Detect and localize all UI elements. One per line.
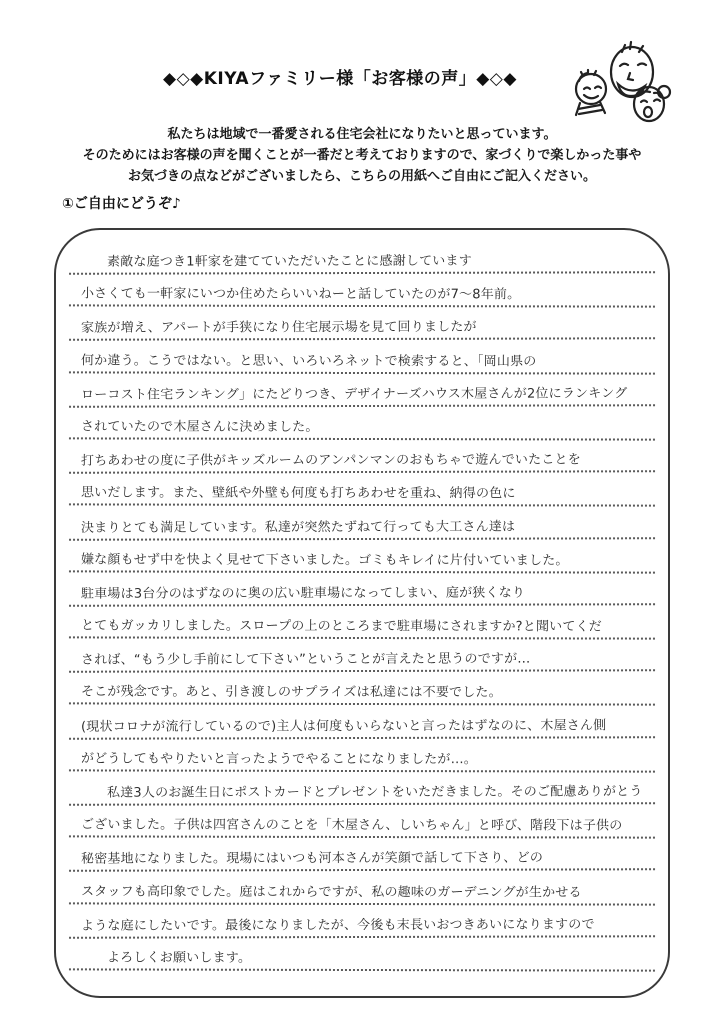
handwritten-line: 素敵な庭つき1軒家を建てていただいたことに感謝しています (69, 240, 655, 275)
handwritten-line: そこが残念です。あと、引き渡しのサプライズは私達には不要でした。 (69, 672, 655, 706)
handwritten-line: 嫌な顔もせず中を快よく見せて下さいました。ゴミもキレイに片付いていました。 (69, 539, 655, 573)
handwritten-line: 思いだします。また、壁紙や外壁も何度も打ちあわせを重ね、納得の色に (69, 473, 655, 507)
handwritten-line: 家族が増え、アパートが手狭になり住宅展示場を見て回りましたが (69, 307, 655, 342)
handwritten-line: 打ちあわせの度に子供がキッズルームのアンパンマンのおもちゃで遊んでいたことを (69, 439, 655, 474)
response-box: 素敵な庭つき1軒家を建てていただいたことに感謝しています 小さくても一軒家にいつ… (54, 228, 670, 998)
handwritten-line: 私達3人のお誕生日にポストカードとプレゼントをいただきました。そのご配慮ありがと… (69, 771, 655, 806)
handwritten-line: ローコスト住宅ランキング」にたどりつき、デザイナーズハウス木屋さんが2位にランキ… (69, 373, 655, 408)
handwritten-line: ような庭にしたいです。最後になりましたが、今後も末長いおつきあいになりますので (69, 904, 655, 939)
intro-line: お気づきの点などがございましたら、こちらの用紙へご自由にご記入ください。 (0, 166, 724, 187)
question-prompt: ①ご自由にどうぞ♪ (62, 193, 181, 213)
handwritten-line: されば、“もう少し手前にして下さい”ということが言えたと思うのですが… (69, 638, 655, 673)
intro-line: 私たちは地域で一番愛される住宅会社になりたいと思っています。 (0, 124, 724, 145)
handwritten-line: スタッフも高印象でした。庭はこれからですが、私の趣味のガーデニングが生かせる (69, 871, 655, 905)
handwritten-line: がどうしてもやりたいと言ったようでやることになりましたが…。 (69, 738, 655, 772)
handwritten-line: とてもガッカリしました。スロープの上のところまで駐車場にされますか?と聞いてくだ (69, 605, 655, 639)
page-title: ◆◇◆KIYAファミリー様「お客様の声」◆◇◆ (60, 64, 620, 89)
survey-page: ◆◇◆KIYAファミリー様「お客様の声」◆◇◆ 私たちは地域で一番愛される住宅会… (0, 0, 724, 1024)
handwritten-line: ございました。子供は四宮さんのことを「木屋さん、しいちゃん」と呼び、階段下は子供… (69, 805, 655, 839)
handwritten-line: (現状コロナが流行しているので)主人は何度もいらないと言ったはずなのに、木屋さん… (69, 705, 655, 740)
handwritten-line: 何か違う。こうではない。と思い、いろいろネットで検索すると、「岡山県の (69, 340, 655, 374)
intro-line: そのためにはお客様の声を聞くことが一番だと考えておりますので、家づくりで楽しかっ… (0, 145, 724, 166)
handwritten-line: 駐車場は3台分のはずなのに奥の広い駐車場になってしまい、庭が狭くなり (69, 572, 655, 607)
handwritten-line: 決まりとても満足しています。私達が突然たずねて行っても大工さん達は (69, 506, 655, 541)
handwritten-line: されていたので木屋さんに決めました。 (69, 406, 655, 440)
handwritten-line: 小さくても一軒家にいつか住めたらいいねーと話していたのが7〜8年前。 (69, 274, 655, 308)
family-faces-doodle-icon (570, 40, 674, 130)
handwritten-line: 秘密基地になりました。現場にはいつも河本さんが笑顔で話して下さり、どの (69, 838, 655, 873)
intro-text: 私たちは地域で一番愛される住宅会社になりたいと思っています。 そのためにはお客様… (0, 124, 724, 187)
handwritten-line: よろしくお願いします。 (69, 937, 655, 971)
